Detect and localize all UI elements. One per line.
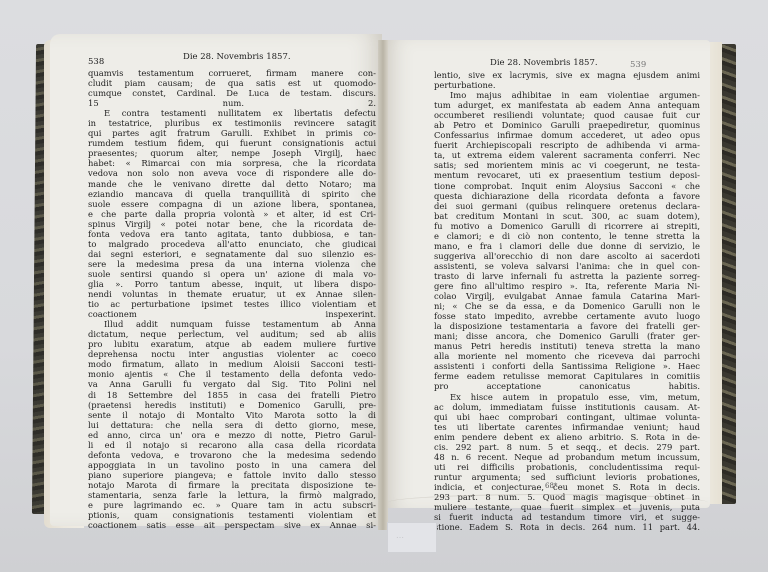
text-line: Ex hisce autem in propatulo esse, vim, m… (434, 392, 700, 402)
text-line: questa dichiarazione della ricordata def… (434, 191, 700, 201)
text-line: cis. 292 part. 8 num. 5 et seqq., et dec… (434, 442, 700, 452)
text-line: mentum revocaret, uti ex praesentium tes… (434, 170, 700, 180)
text-line: eziandio mancava di quella tranquillità … (88, 189, 376, 199)
text-line: uti rei difficilis probationis, conclude… (434, 462, 700, 472)
text-line: Confessarius infirmae domum accederet, u… (434, 130, 700, 140)
text-line: coactionem inspexerint. (88, 309, 376, 319)
text-line: ab Petro et Dominico Garulli praepediret… (434, 120, 700, 130)
text-line: runtur argumenta; sed sufficiunt leviori… (434, 472, 700, 482)
text-line: suole essere compagna di un azione liber… (88, 199, 376, 209)
text-line: lentio, sive ex lacrymis, sive ex magna … (434, 70, 700, 80)
text-line: monio ajentis « Che il testamento della … (88, 369, 376, 379)
text-line: deprehensa noctu inter angustias violent… (88, 349, 376, 359)
text-line: ta, ut extrema eidem valerent sacramenta… (434, 150, 700, 160)
text-line: sere la medesima presa da una interna vi… (88, 259, 376, 269)
text-line: vedova non solo non aveva voce di rispon… (88, 168, 376, 178)
text-line: ferme eadem retulisse memorat Capitulare… (434, 371, 700, 381)
text-line: piano superiore piangeva; e fattole invi… (88, 470, 376, 480)
text-line: li ed il notajo si recarono alla casa de… (88, 440, 376, 450)
right-page-number: 539 (630, 60, 646, 70)
text-line: nendi voluntas in themate eruatur, ut ex… (88, 289, 376, 299)
text-line: cumque constet, Cardinal. De Luca de tes… (88, 88, 376, 98)
text-line: assistenti i conforti della Santissima R… (434, 361, 700, 371)
text-line: dai segni esteriori, e segnatamente dal … (88, 249, 376, 259)
text-line: coactionem satis esse ait perspectam siv… (88, 520, 376, 530)
text-line: tum adurget, ex manifestata ab eadem Ann… (434, 100, 700, 110)
text-line: assistenti, se voleva salvarsi l'anima: … (434, 261, 700, 271)
text-line: notajo Marota di firmare la precitata di… (88, 480, 376, 490)
text-line: stamentaria, senza farle la lettura, la … (88, 490, 376, 500)
text-line: appoggiata in un tavolino posto in una c… (88, 460, 376, 470)
text-line: mande che le venivano dirette dal detto … (88, 179, 376, 189)
text-line: spinus Virgilj « potei notar bene, che l… (88, 219, 376, 229)
text-line: suggeriva all'orecchio di non dare ascol… (434, 251, 700, 261)
text-line: modo firmatum, allato in medium Aloisii … (88, 359, 376, 369)
text-line: lui dettatura: che nella sera di detto g… (88, 420, 376, 430)
text-line: ni; « Che se da essa, e da Domenico Garu… (434, 301, 700, 311)
text-line: colao Virgilj, evulgabat Annae famula Ca… (434, 291, 700, 301)
library-tag-text: … (396, 531, 405, 540)
text-line: glia ». Porro tantum abesse, inquit, ut … (88, 279, 376, 289)
text-line: ptionis, quam consignationis testamenti … (88, 510, 376, 520)
text-line: dictatum, neque perlectum, vel auditum; … (88, 329, 376, 339)
text-line: dei suoi germani (quibus relinquere oret… (434, 201, 700, 211)
text-line: occumberet resiliendi voluntate; quod ca… (434, 110, 700, 120)
text-line: qui ubi haec comprobari contingant, ulti… (434, 412, 700, 422)
text-line: Imo majus adhibitae in eam violentiae ar… (434, 90, 700, 100)
text-line: tio ac perturbatione ipsimet testes illi… (88, 299, 376, 309)
text-line: bat creditum Montani in scut. 300, ac su… (434, 211, 700, 221)
text-line: fonta vedova era tanto agitata, tanto du… (88, 229, 376, 239)
text-line: si fuerit inducta ad testandum timore vi… (434, 512, 700, 522)
book-gutter (378, 40, 388, 530)
text-line: tione comprobat. Inquit enim Aloysius Sa… (434, 181, 700, 191)
paper-wave (388, 494, 708, 511)
library-tag: … (387, 522, 437, 553)
text-line: la disposizione testamentaria a favore d… (434, 321, 700, 331)
text-line: E contra testamenti nullitatem ex libert… (88, 108, 376, 118)
text-line: indicia, et conjecturae, ceu monet S. Ro… (434, 482, 700, 492)
text-line: cludit piam causam; de qua satis est ut … (88, 78, 376, 88)
text-line: va Anna Garulli fu vergato dal Sig. Tito… (88, 379, 376, 389)
text-line: enim pendere debent ex alieno arbitrio. … (434, 432, 700, 442)
text-line: suole sentirsi quando si opera un' azion… (88, 269, 376, 279)
text-line: habet: « Rimarcai con mia sorpresa, che … (88, 158, 376, 168)
left-page-number: 538 (88, 57, 104, 67)
text-line: 15 num. 2. (88, 98, 376, 108)
text-line: ed anno, circa un' ora e mezzo di notte,… (88, 430, 376, 440)
text-line: mano, e fra i clamori delle due donne di… (434, 241, 700, 251)
text-line: pro acceptatione canonicatus habitis. (434, 381, 700, 391)
text-line: quamvis testamentum corrueret, firmam ma… (88, 68, 376, 78)
text-line: Illud addit numquam fuisse testamentum a… (88, 319, 376, 329)
text-line: praesentes; quorum alter, nempe Joseph V… (88, 148, 376, 158)
text-line: ac dolum, immediatam fuisse institutioni… (434, 402, 700, 412)
signature-mark: 68* (545, 482, 557, 490)
text-line: perturbatione. (434, 80, 700, 90)
left-running-head: Die 28. Novembris 1857. (183, 52, 291, 62)
text-line: mani; disse ancora, che Domenico Garulli… (434, 331, 700, 341)
text-line: sente il notajo di Montalto Vito Marota … (88, 410, 376, 420)
text-line: defonta vedova, e trovarono che la medes… (88, 450, 376, 460)
text-line: fu motivo a Domenico Garulli di ricorrer… (434, 221, 700, 231)
text-line: di 18 Settembre del 1855 in casa dei fra… (88, 390, 376, 400)
text-line: alla moriente nel momento che riceveva d… (434, 351, 700, 361)
text-line: fosse stato impedito, avrebbe certamente… (434, 311, 700, 321)
left-page-body: quamvis testamentum corrueret, firmam ma… (88, 68, 376, 530)
text-line: rumdem testium fidem, qui fuerunt consig… (88, 138, 376, 148)
text-line: satis; sed morientem minis ac vi coegeru… (434, 160, 700, 170)
text-line: manus Petri heredis instituti) teneva st… (434, 341, 700, 351)
right-running-head: Die 28. Novembris 1857. (490, 58, 598, 68)
text-line: qui partes agit fratrum Garulli. Exhibet… (88, 128, 376, 138)
text-line: (praetensi heredis instituti) e Domenico… (88, 400, 376, 410)
text-line: 48 n. 6 recent. Neque ad probandum metum… (434, 452, 700, 462)
right-page-body: lentio, sive ex lacrymis, sive ex magna … (434, 70, 700, 532)
text-line: to malgrado procedeva all'atto enunciato… (88, 239, 376, 249)
text-line: fuerit Archiepiscopali rescripto de adhi… (434, 140, 700, 150)
text-line: stione. Eadem S. Rota in decis. 264 num.… (434, 522, 700, 532)
text-line: in testatrice, pluribus ex testimoniis r… (88, 118, 376, 128)
text-line: e che parte dalla propria volontà » et a… (88, 209, 376, 219)
text-line: pro lubitu exaratum, atque ab eadem muli… (88, 339, 376, 349)
text-line: trasto di larve infernali fu astretta la… (434, 271, 700, 281)
text-line: e pure lagrimando ec. » Quare tam in act… (88, 500, 376, 510)
text-line: tes uti libertate carentes infirmandae v… (434, 422, 700, 432)
text-line: gere fino all'ultimo respiro ». Ita, ref… (434, 281, 700, 291)
text-line: e clamori; e di ciò non contento, le ten… (434, 231, 700, 241)
